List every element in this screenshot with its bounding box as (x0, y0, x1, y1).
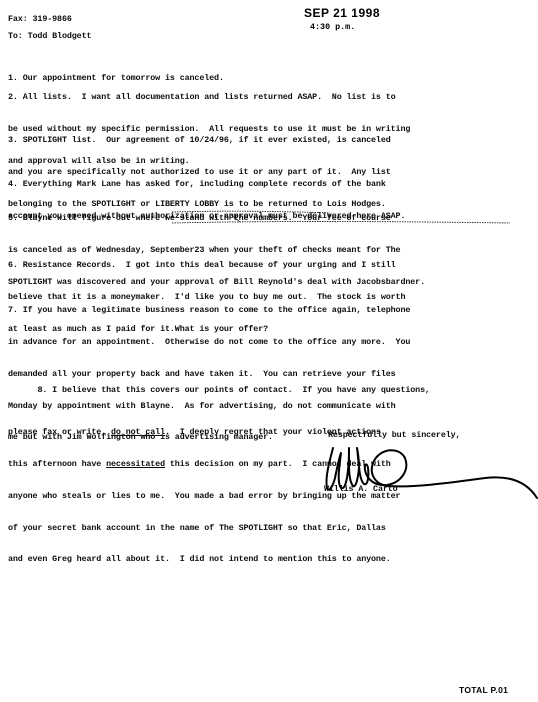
total-pages: TOTAL P.01 (459, 685, 508, 695)
underlined-word: necessitated (106, 459, 165, 469)
paragraph-line: 8. I believe that this covers our points… (8, 374, 430, 406)
signature-icon (315, 438, 538, 513)
underlined-phrase: do not call (111, 427, 165, 437)
paragraph-line: 7. If you have a legitimate business rea… (8, 305, 410, 316)
paragraph-line: and even Greg heard all about it. I did … (8, 554, 430, 565)
paragraph-line: of your secret bank account in the name … (8, 523, 430, 534)
fax-page: Fax: 319-9866 SEP 21 1998 4:30 p.m. To: … (0, 0, 538, 702)
paragraph-line: in advance for an appointment. Otherwise… (8, 337, 410, 348)
paragraph-line: 6. Resistance Records. I got into this d… (8, 260, 405, 271)
signer-name: Willis A. Carto (324, 484, 398, 495)
